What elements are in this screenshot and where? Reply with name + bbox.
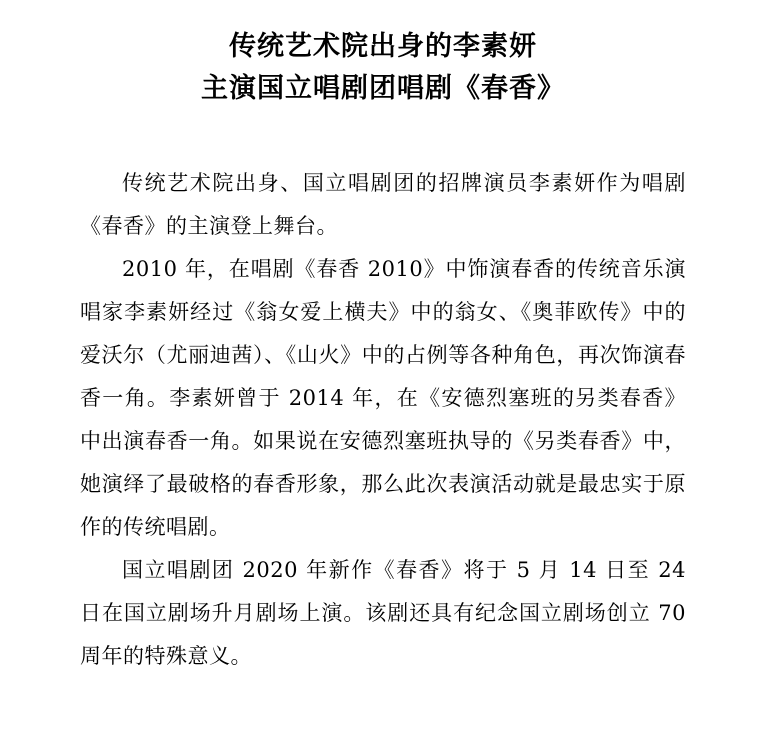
paragraph-performance-dates: 国立唱剧团 2020 年新作《春香》将于 5 月 14 日至 24 日在国立剧场… xyxy=(80,549,686,678)
article-body: 传统艺术院出身、国立唱剧团的招牌演员李素妍作为唱剧《春香》的主演登上舞台。 20… xyxy=(80,162,686,678)
paragraph-lead: 传统艺术院出身、国立唱剧团的招牌演员李素妍作为唱剧《春香》的主演登上舞台。 xyxy=(80,162,686,248)
paragraph-career-history: 2010 年，在唱剧《春香 2010》中饰演春香的传统音乐演唱家李素妍经过《翁女… xyxy=(80,248,686,549)
article-title-line-1: 传统艺术院出身的李素妍 xyxy=(80,26,686,68)
document-page: 传统艺术院出身的李素妍 主演国立唱剧团唱剧《春香》 传统艺术院出身、国立唱剧团的… xyxy=(0,0,766,730)
article-title-line-2: 主演国立唱剧团唱剧《春香》 xyxy=(80,68,686,110)
article-title: 传统艺术院出身的李素妍 主演国立唱剧团唱剧《春香》 xyxy=(80,26,686,110)
